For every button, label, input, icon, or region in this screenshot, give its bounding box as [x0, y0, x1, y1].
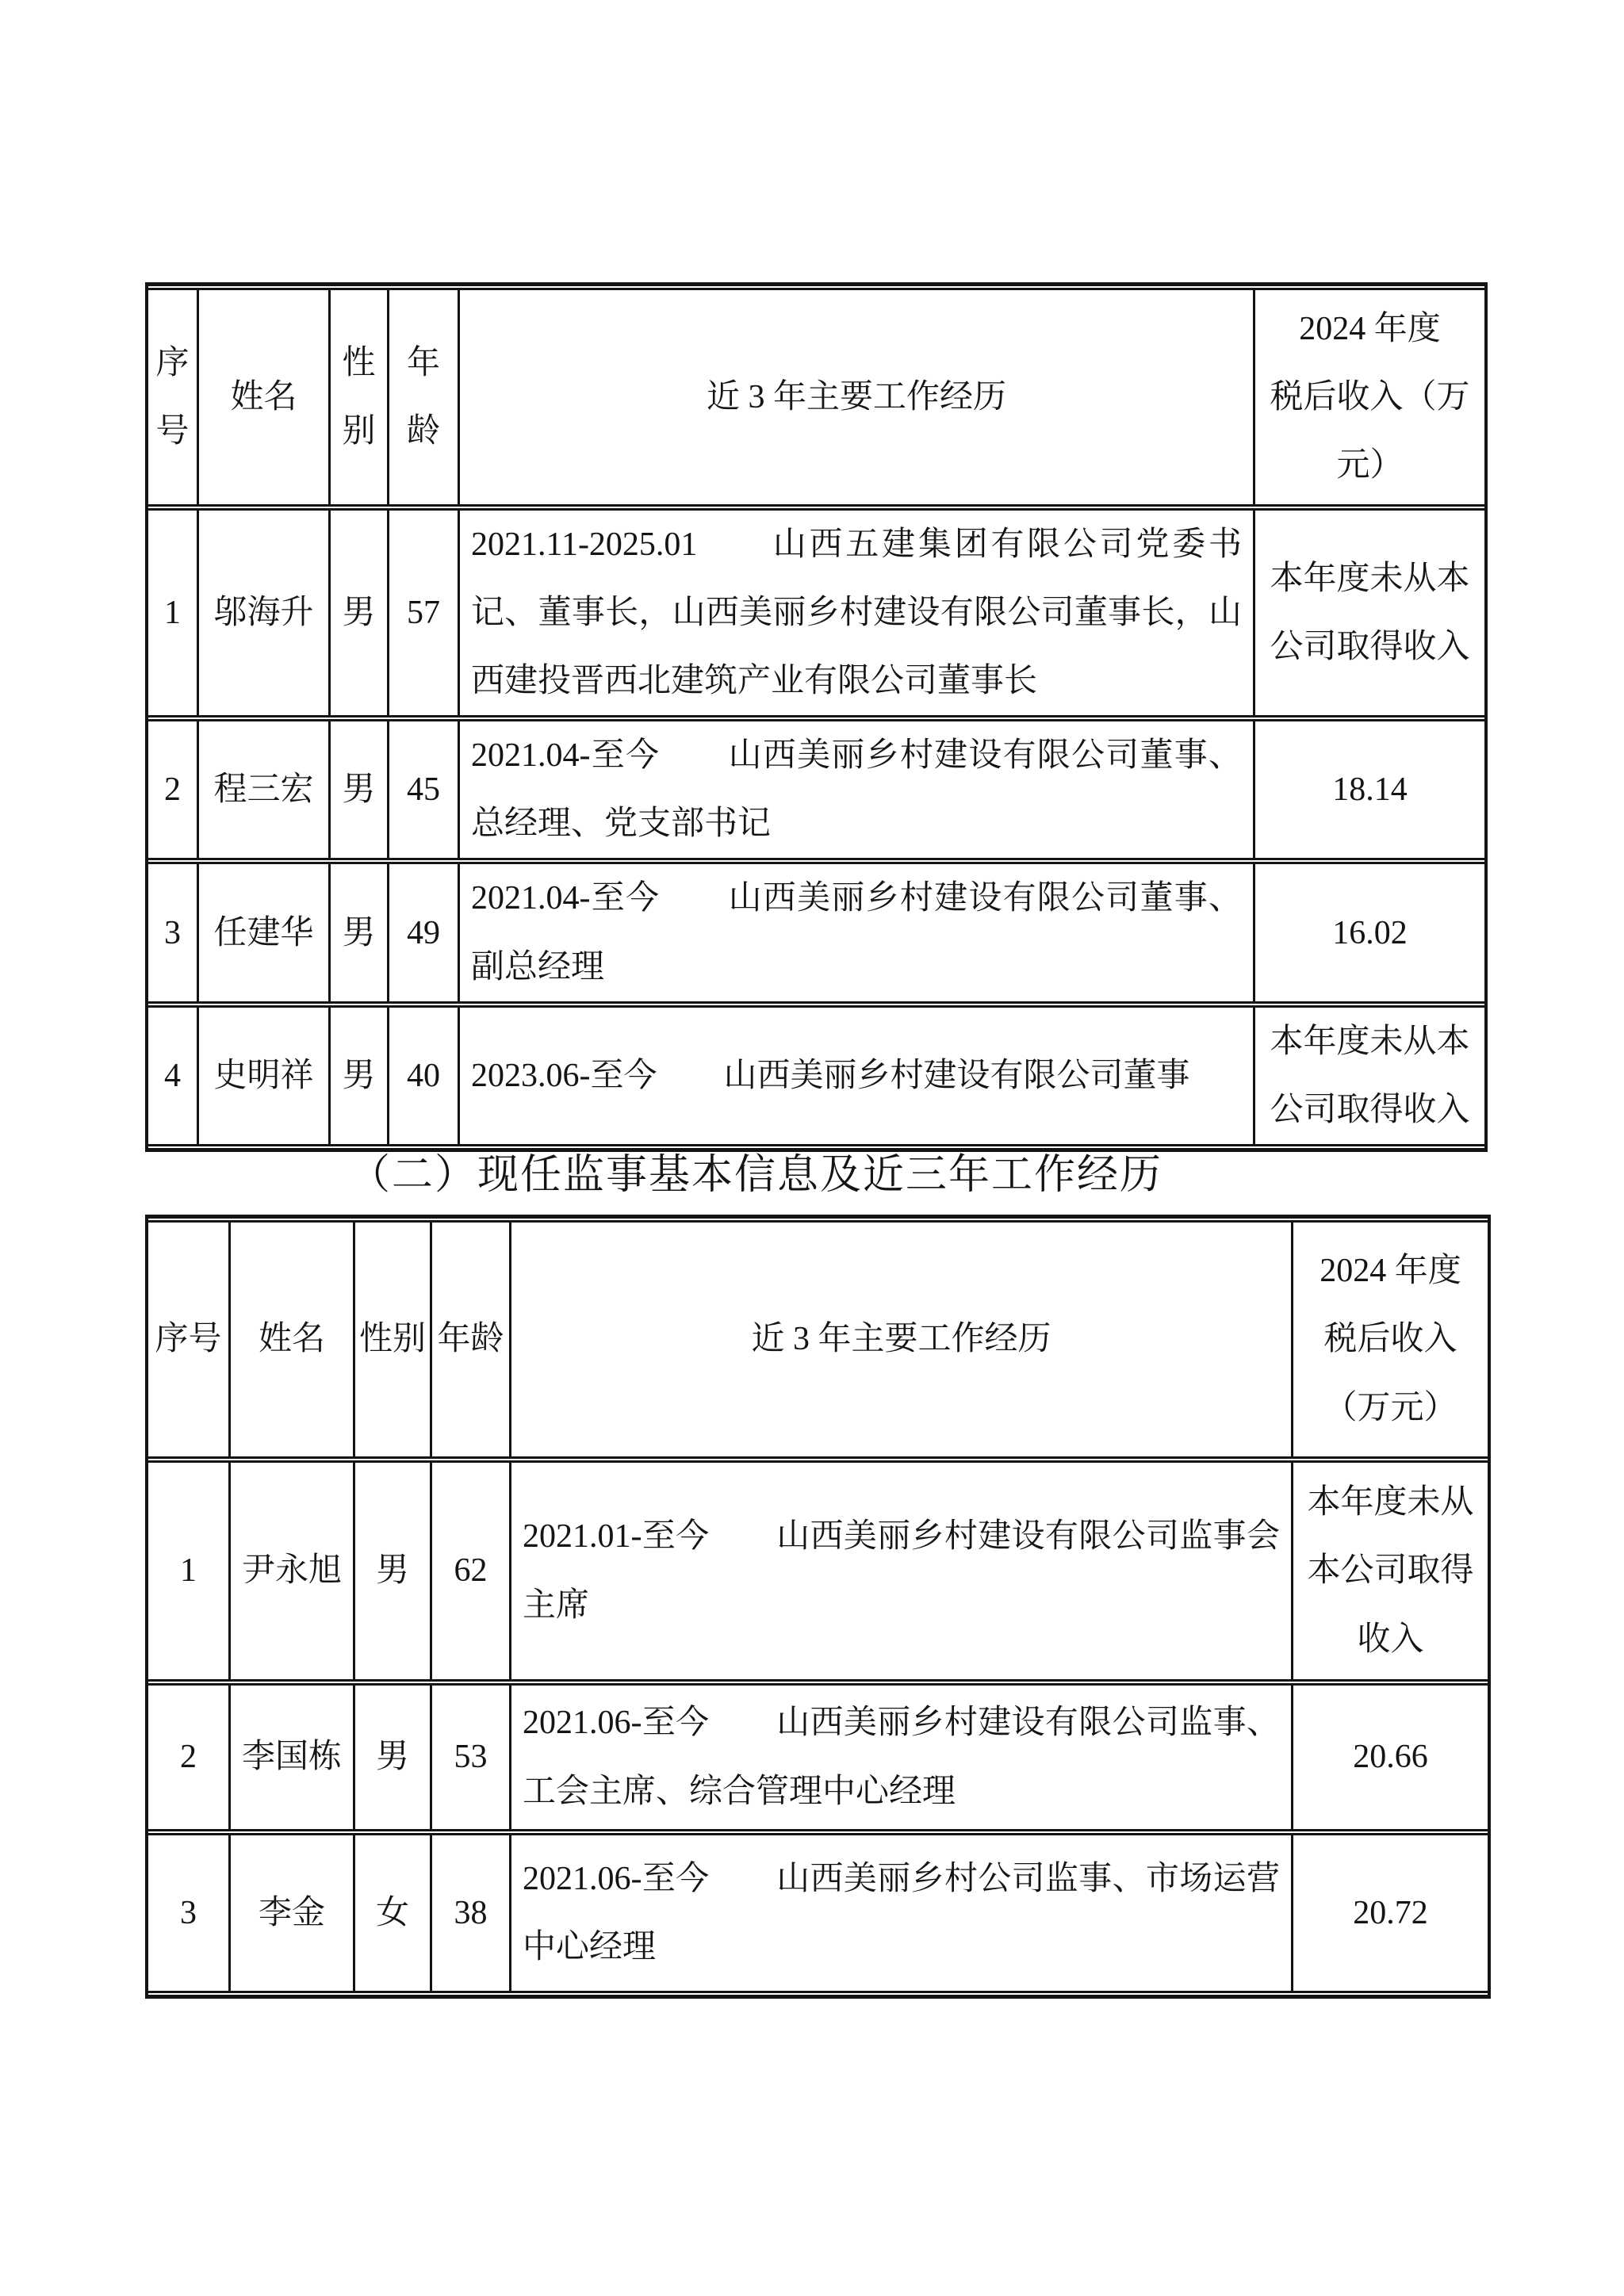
cell-name: 尹永旭	[231, 1463, 355, 1679]
cell-gender: 男	[331, 1008, 389, 1144]
table-row: 1 尹永旭 男 62 2021.01-至今 山西美丽乡村建设有限公司监事会主席 …	[148, 1460, 1488, 1682]
header-age: 年龄	[432, 1223, 511, 1456]
cell-gender: 男	[355, 1686, 432, 1829]
cell-age: 40	[389, 1008, 460, 1144]
cell-no: 3	[148, 864, 199, 1001]
cell-no: 2	[148, 1686, 231, 1829]
table-row: 2 李国栋 男 53 2021.06-至今 山西美丽乡村建设有限公司监事、工会主…	[148, 1683, 1488, 1831]
table-row: 2 程三宏 男 45 2021.04-至今 山西美丽乡村建设有限公司董事、总经理…	[148, 719, 1484, 860]
cell-name: 李国栋	[231, 1686, 355, 1829]
cell-no: 2	[148, 721, 199, 858]
cell-experience: 2021.04-至今 山西美丽乡村建设有限公司董事、副总经理	[460, 864, 1255, 1001]
cell-gender: 男	[355, 1463, 432, 1679]
document-page: 序 号 姓名 性 别 年 龄 近 3 年主要工作经历 2024 年度 税后收入（…	[0, 0, 1624, 2296]
cell-income: 16.02	[1255, 864, 1484, 1001]
cell-no: 1	[148, 511, 199, 715]
cell-name: 程三宏	[199, 721, 331, 858]
directors-table: 序 号 姓名 性 别 年 龄 近 3 年主要工作经历 2024 年度 税后收入（…	[145, 282, 1488, 1152]
header-experience: 近 3 年主要工作经历	[460, 290, 1255, 504]
table-row: 3 任建华 男 49 2021.04-至今 山西美丽乡村建设有限公司董事、副总经…	[148, 862, 1484, 1003]
header-experience: 近 3 年主要工作经历	[511, 1223, 1293, 1456]
cell-income: 20.66	[1293, 1686, 1488, 1829]
cell-age: 62	[432, 1463, 511, 1679]
cell-income: 本年度未从本 公司取得收入	[1255, 1008, 1484, 1144]
cell-experience: 2021.06-至今 山西美丽乡村建设有限公司监事、工会主席、综合管理中心经理	[511, 1686, 1293, 1829]
cell-name: 李金	[231, 1835, 355, 1991]
cell-age: 49	[389, 864, 460, 1001]
header-no: 序 号	[148, 290, 199, 504]
cell-gender: 男	[331, 721, 389, 858]
cell-gender: 男	[331, 511, 389, 715]
table-row: 4 史明祥 男 40 2023.06-至今 山西美丽乡村建设有限公司董事 本年度…	[148, 1005, 1484, 1146]
cell-experience: 2021.04-至今 山西美丽乡村建设有限公司董事、总经理、党支部书记	[460, 721, 1255, 858]
cell-age: 45	[389, 721, 460, 858]
cell-income: 18.14	[1255, 721, 1484, 858]
cell-income: 本年度未从本 公司取得收入	[1255, 511, 1484, 715]
cell-no: 3	[148, 1835, 231, 1991]
header-income: 2024 年度 税后收入 （万元）	[1293, 1223, 1488, 1456]
cell-name: 史明祥	[199, 1008, 331, 1144]
header-name: 姓名	[231, 1223, 355, 1456]
cell-income: 本年度未从 本公司取得 收入	[1293, 1463, 1488, 1679]
cell-experience: 2021.06-至今 山西美丽乡村公司监事、市场运营中心经理	[511, 1835, 1293, 1991]
header-no: 序号	[148, 1223, 231, 1456]
table-row: 1 邬海升 男 57 2021.11-2025.01 山西五建集团有限公司党委书…	[148, 508, 1484, 717]
cell-gender: 女	[355, 1835, 432, 1991]
cell-no: 4	[148, 1008, 199, 1144]
header-gender: 性 别	[331, 290, 389, 504]
header-name: 姓名	[199, 290, 331, 504]
cell-experience: 2023.06-至今 山西美丽乡村建设有限公司董事	[460, 1008, 1255, 1144]
table-row: 3 李金 女 38 2021.06-至今 山西美丽乡村公司监事、市场运营中心经理…	[148, 1833, 1488, 1993]
header-age: 年 龄	[389, 290, 460, 504]
supervisors-table: 序号 姓名 性别 年龄 近 3 年主要工作经历 2024 年度 税后收入 （万元…	[145, 1215, 1491, 1999]
supervisors-header-row: 序号 姓名 性别 年龄 近 3 年主要工作经历 2024 年度 税后收入 （万元…	[148, 1220, 1488, 1459]
directors-header-row: 序 号 姓名 性 别 年 龄 近 3 年主要工作经历 2024 年度 税后收入（…	[148, 288, 1484, 507]
cell-age: 38	[432, 1835, 511, 1991]
cell-income: 20.72	[1293, 1835, 1488, 1991]
cell-name: 任建华	[199, 864, 331, 1001]
cell-experience: 2021.11-2025.01 山西五建集团有限公司党委书记、董事长，山西美丽乡…	[460, 511, 1255, 715]
cell-age: 53	[432, 1686, 511, 1829]
cell-name: 邬海升	[199, 511, 331, 715]
cell-age: 57	[389, 511, 460, 715]
cell-gender: 男	[331, 864, 389, 1001]
header-gender: 性别	[355, 1223, 432, 1456]
cell-no: 1	[148, 1463, 231, 1679]
section-heading: （二）现任监事基本信息及近三年工作经历	[349, 1151, 1162, 1200]
cell-experience: 2021.01-至今 山西美丽乡村建设有限公司监事会主席	[511, 1463, 1293, 1679]
header-income: 2024 年度 税后收入（万 元）	[1255, 290, 1484, 504]
